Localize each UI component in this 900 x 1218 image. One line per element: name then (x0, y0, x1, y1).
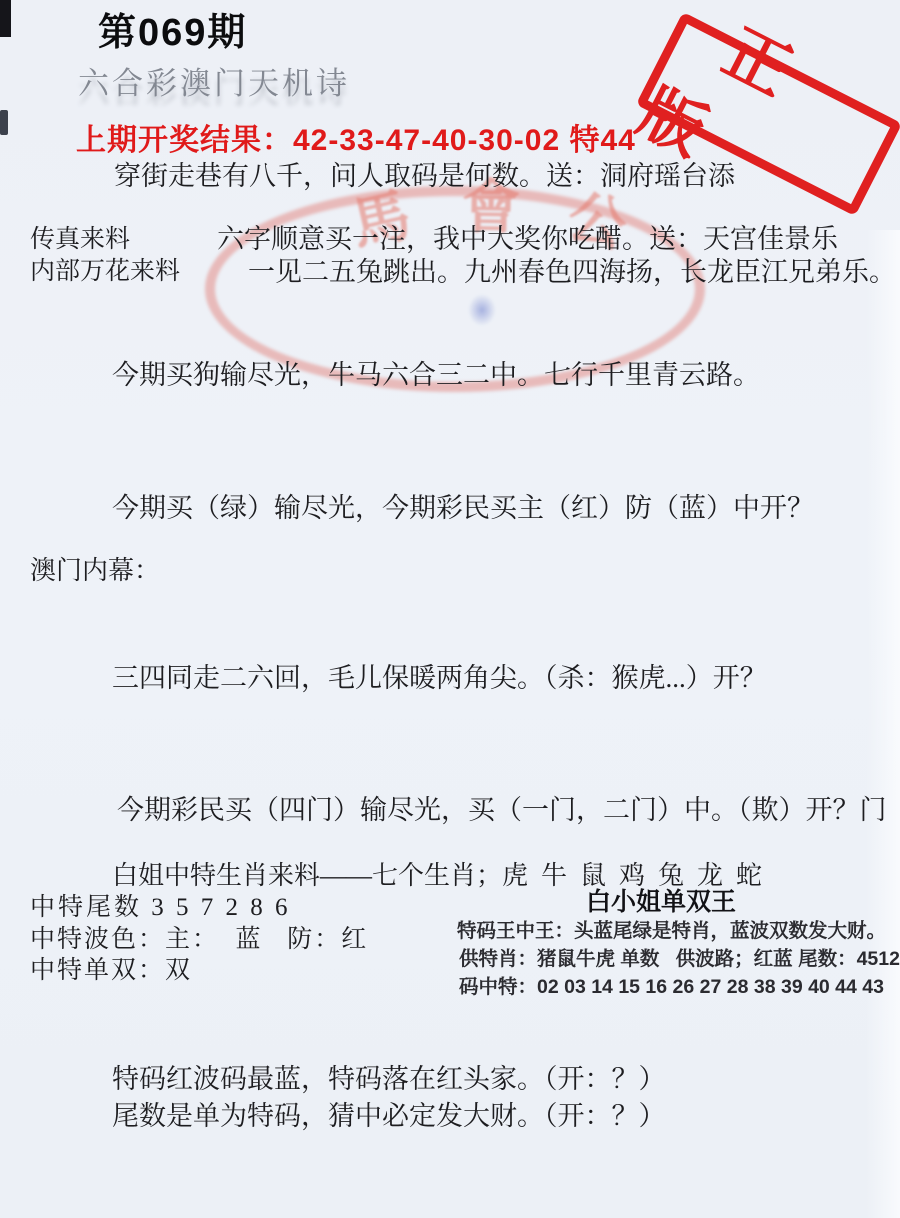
last-draw-result: 上期开奖结果：42-33-47-40-30-02 特44 (76, 124, 636, 159)
baixiaojie-numbers-line: 码中特：02 03 14 15 16 26 27 28 38 39 40 44 … (459, 976, 884, 998)
baixiaojie-line: 特码王中王：头蓝尾绿是特肖，蓝波双数发大财。 (457, 920, 886, 942)
scan-corner-mark (0, 0, 11, 37)
verse-line: 一见二五兔跳出。九州春色四海扬，长龙臣江兄弟乐。 (248, 257, 896, 288)
fax-source-label: 传真来料 (30, 226, 130, 255)
footer-verse-line: 尾数是单为特码，猜中必定发大财。（开：？） (112, 1101, 666, 1132)
issue-title: 第069期 (98, 12, 247, 56)
ink-smudge (468, 294, 496, 326)
verse-line: 三四同走二六回，毛儿保暖两角尖。（杀：猴虎...）开？ (112, 663, 767, 694)
verse-line: 今期买狗输尽光，牛马六合三二中。七行千里青云路。 (112, 360, 760, 391)
macau-insider-label: 澳门内幕： (30, 556, 160, 586)
zodiac-tip-line: 白姐中特生肖来料——七个生肖；虎 牛 鼠 鸡 兔 龙 蛇 (112, 861, 762, 891)
lottery-tip-sheet: 馬 會 公 第069期 六合彩澳门天机诗 上期开奖结果：42-33-47-40-… (0, 0, 900, 1218)
page-edge-highlight (866, 230, 900, 1218)
internal-source-label: 内部万花来料 (30, 258, 180, 287)
verse-line: 穿街走巷有八千，问人取码是何数。送：洞府瑶台添 (114, 161, 735, 192)
scan-edge-mark (0, 110, 8, 135)
verse-line: 六字顺意买一注，我中大奖你吃醋。送：天宫佳景乐 (217, 224, 838, 255)
verse-line: 今期彩民买（四门）输尽光，买（一门，二门）中。（欺）开？门 (117, 795, 887, 826)
baixiaojie-line: 供特肖：猪鼠牛虎 单数 供波路；红蓝 尾数：4512 (459, 948, 900, 970)
verse-line: 今期买（绿）输尽光，今期彩民买主（红）防（蓝）中开？ (112, 493, 814, 524)
page-subtitle: 六合彩澳门天机诗 (78, 66, 350, 102)
footer-verse-line: 特码红波码最蓝，特码落在红头家。（开：？） (112, 1064, 666, 1095)
special-color-wave: 中特波色：主： 蓝 防：红 (30, 926, 368, 955)
special-tail-numbers: 中特尾数 3 5 7 2 8 6 (30, 894, 291, 923)
baixiaojie-block-title: 白小姐单双王 (455, 888, 867, 917)
special-odd-even: 中特单双：双 (30, 957, 192, 986)
